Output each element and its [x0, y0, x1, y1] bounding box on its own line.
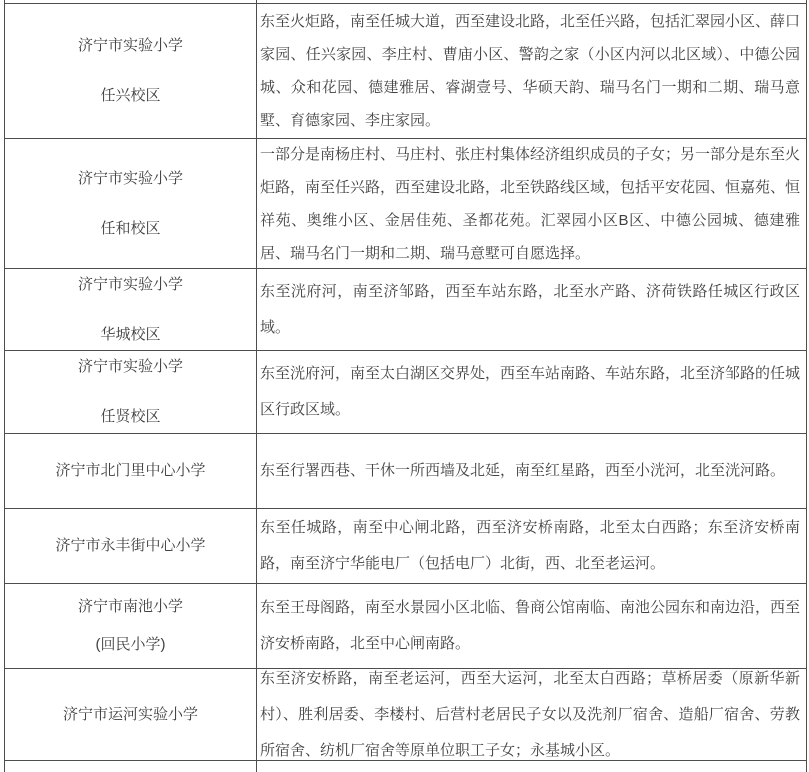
school-name-line2: 任兴校区 [100, 87, 160, 105]
table-row: 济宁市永丰街中心小学 东至任城路，南至中心闸北路，西至济安桥南路，北至太白西路；… [5, 509, 806, 584]
school-name-line1: 济宁市实验小学 [78, 276, 183, 294]
school-name-line2: 任和校区 [100, 220, 160, 238]
district-text: 东至洸府河，南至济邹路，西至车站东路，北至水产路、济荷铁路任城区行政区域。 [260, 274, 800, 346]
school-name-cell: 济宁市实验小学 华城校区 [5, 269, 257, 350]
school-name-cell: 济宁市北门里中心小学 [5, 434, 257, 508]
school-name-cell: 济宁市实验小学 任和校区 [5, 139, 257, 268]
school-name-cell: 济宁市运河实验小学 [5, 669, 257, 760]
district-boundary-cell: 东至济安桥路，南至老运河，西至大运河，北至太白西路；草桥居委（原新华新村）、胜利… [257, 669, 806, 760]
table-row: 济宁市北门里中心小学 东至行署西巷、干休一所西墙及北延，南至红星路，西至小洸河，… [5, 434, 806, 509]
district-boundary-cell: 东至任城路，南至中心闸北路，西至济安桥南路，北至太白西路；东至济安桥南路，南至济… [257, 509, 806, 583]
school-district-table: 济宁市实验小学 任兴校区 东至火炬路，南至任城大道，西至建设北路，北至任兴路，包… [4, 0, 807, 772]
district-boundary-cell [257, 761, 806, 772]
district-text: 东至洸府河，南至太白湖区交界处，西至车站南路、车站东路，北至济邹路的任城区行政区… [260, 356, 800, 428]
school-name-line1: 济宁市永丰街中心小学 [55, 537, 205, 555]
school-name-line2: 任贤校区 [100, 408, 160, 426]
district-text: 东至王母阁路，南至水景园小区北临、鲁商公馆南临、南池公园东和南边沿，西至济安桥南… [260, 590, 800, 662]
district-text: 东至任城路，南至中心闸北路，西至济安桥南路，北至太白西路；东至济安桥南路，南至济… [260, 510, 800, 582]
district-boundary-cell [257, 0, 806, 3]
district-text: 东至济安桥路，南至老运河，西至大运河，北至太白西路；草桥居委（原新华新村）、胜利… [260, 669, 800, 760]
district-boundary-cell: 东至火炬路，南至任城大道，西至建设北路，北至任兴路，包括汇翠园小区、薛口家园、任… [257, 4, 806, 138]
school-name-line1: 济宁市南池小学 [78, 598, 183, 616]
school-name-line1: 济宁市实验小学 [78, 37, 183, 55]
school-name-line1: 济宁市实验小学 [78, 170, 183, 188]
district-text: 东至火炬路，南至任城大道，西至建设北路，北至任兴路，包括汇翠园小区、薛口家园、任… [260, 5, 800, 137]
table-row: 济宁市实验小学 华城校区 东至洸府河，南至济邹路，西至车站东路，北至水产路、济荷… [5, 269, 806, 351]
school-name-line2: (回民小学) [96, 636, 166, 654]
table-row: 济宁市运河实验小学 东至济安桥路，南至老运河，西至大运河，北至太白西路；草桥居委… [5, 669, 806, 761]
table-row: 济宁市实验小学 任和校区 一部分是南杨庄村、马庄村、张庄村集体经济组织成员的子女… [5, 139, 806, 269]
table-row: 济宁市南池小学 (回民小学) 东至王母阁路，南至水景园小区北临、鲁商公馆南临、南… [5, 584, 806, 669]
partial-row-bottom [5, 761, 806, 772]
school-name-line1: 济宁市北门里中心小学 [55, 462, 205, 480]
district-boundary-cell: 东至行署西巷、干休一所西墙及北延，南至红星路，西至小洸河，北至洸河路。 [257, 434, 806, 508]
school-name-line2: 华城校区 [100, 326, 160, 344]
district-text: 东至行署西巷、干休一所西墙及北延，南至红星路，西至小洸河，北至洸河路。 [260, 453, 785, 489]
district-boundary-cell: 东至洸府河，南至太白湖区交界处，西至车站南路、车站东路，北至济邹路的任城区行政区… [257, 351, 806, 433]
school-name-line1: 济宁市实验小学 [78, 358, 183, 376]
school-name-cell: 济宁市永丰街中心小学 [5, 509, 257, 583]
school-name-line1: 济宁市运河实验小学 [63, 706, 198, 724]
school-name-cell: 济宁市实验小学 任贤校区 [5, 351, 257, 433]
district-boundary-cell: 东至王母阁路，南至水景园小区北临、鲁商公馆南临、南池公园东和南边沿，西至济安桥南… [257, 584, 806, 668]
district-boundary-cell: 东至洸府河，南至济邹路，西至车站东路，北至水产路、济荷铁路任城区行政区域。 [257, 269, 806, 350]
school-name-cell: 济宁市南池小学 (回民小学) [5, 584, 257, 668]
district-boundary-cell: 一部分是南杨庄村、马庄村、张庄村集体经济组织成员的子女；另一部分是东至火炬路，南… [257, 139, 806, 268]
school-name-cell [5, 761, 257, 772]
district-text: 一部分是南杨庄村、马庄村、张庄村集体经济组织成员的子女；另一部分是东至火炬路，南… [260, 139, 800, 268]
school-name-cell: 济宁市实验小学 任兴校区 [5, 4, 257, 138]
table-row: 济宁市实验小学 任贤校区 东至洸府河，南至太白湖区交界处，西至车站南路、车站东路… [5, 351, 806, 434]
table-row: 济宁市实验小学 任兴校区 东至火炬路，南至任城大道，西至建设北路，北至任兴路，包… [5, 4, 806, 139]
